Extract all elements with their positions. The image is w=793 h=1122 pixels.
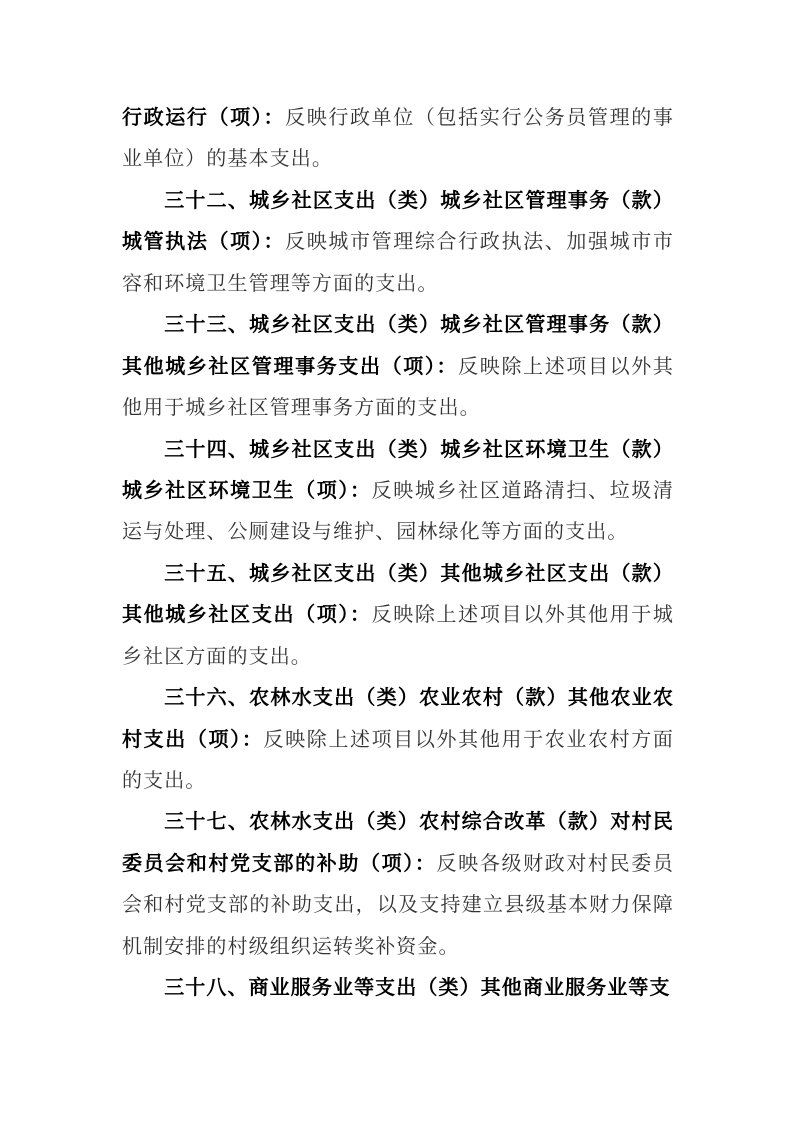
item-heading: 三十八、商业服务业等支出（类）其他商业服务业等支 (164, 975, 670, 999)
paragraph-item-32: 三十二、城乡社区支出（类）城乡社区管理事务（款）城管执法（项）：反映城市管理综合… (122, 180, 674, 304)
paragraph-administrative-operation: 行政运行（项）：反映行政单位（包括实行公务员管理的事业单位）的基本支出。 (122, 97, 674, 180)
paragraph-item-33: 三十三、城乡社区支出（类）城乡社区管理事务（款）其他城乡社区管理事务支出（项）：… (122, 304, 674, 428)
document-page: 行政运行（项）：反映行政单位（包括实行公务员管理的事业单位）的基本支出。 三十二… (122, 97, 674, 1009)
paragraph-item-37: 三十七、农林水支出（类）农村综合改革（款）对村民委员会和村党支部的补助（项）：反… (122, 801, 674, 967)
paragraph-item-36: 三十六、农林水支出（类）农业农村（款）其他农业农村支出（项）：反映除上述项目以外… (122, 677, 674, 801)
paragraph-item-38: 三十八、商业服务业等支出（类）其他商业服务业等支 (122, 967, 674, 1008)
paragraph-item-34: 三十四、城乡社区支出（类）城乡社区环境卫生（款）城乡社区环境卫生（项）：反映城乡… (122, 429, 674, 553)
item-heading: 行政运行（项）： (122, 105, 285, 129)
paragraph-item-35: 三十五、城乡社区支出（类）其他城乡社区支出（款）其他城乡社区支出（项）：反映除上… (122, 553, 674, 677)
